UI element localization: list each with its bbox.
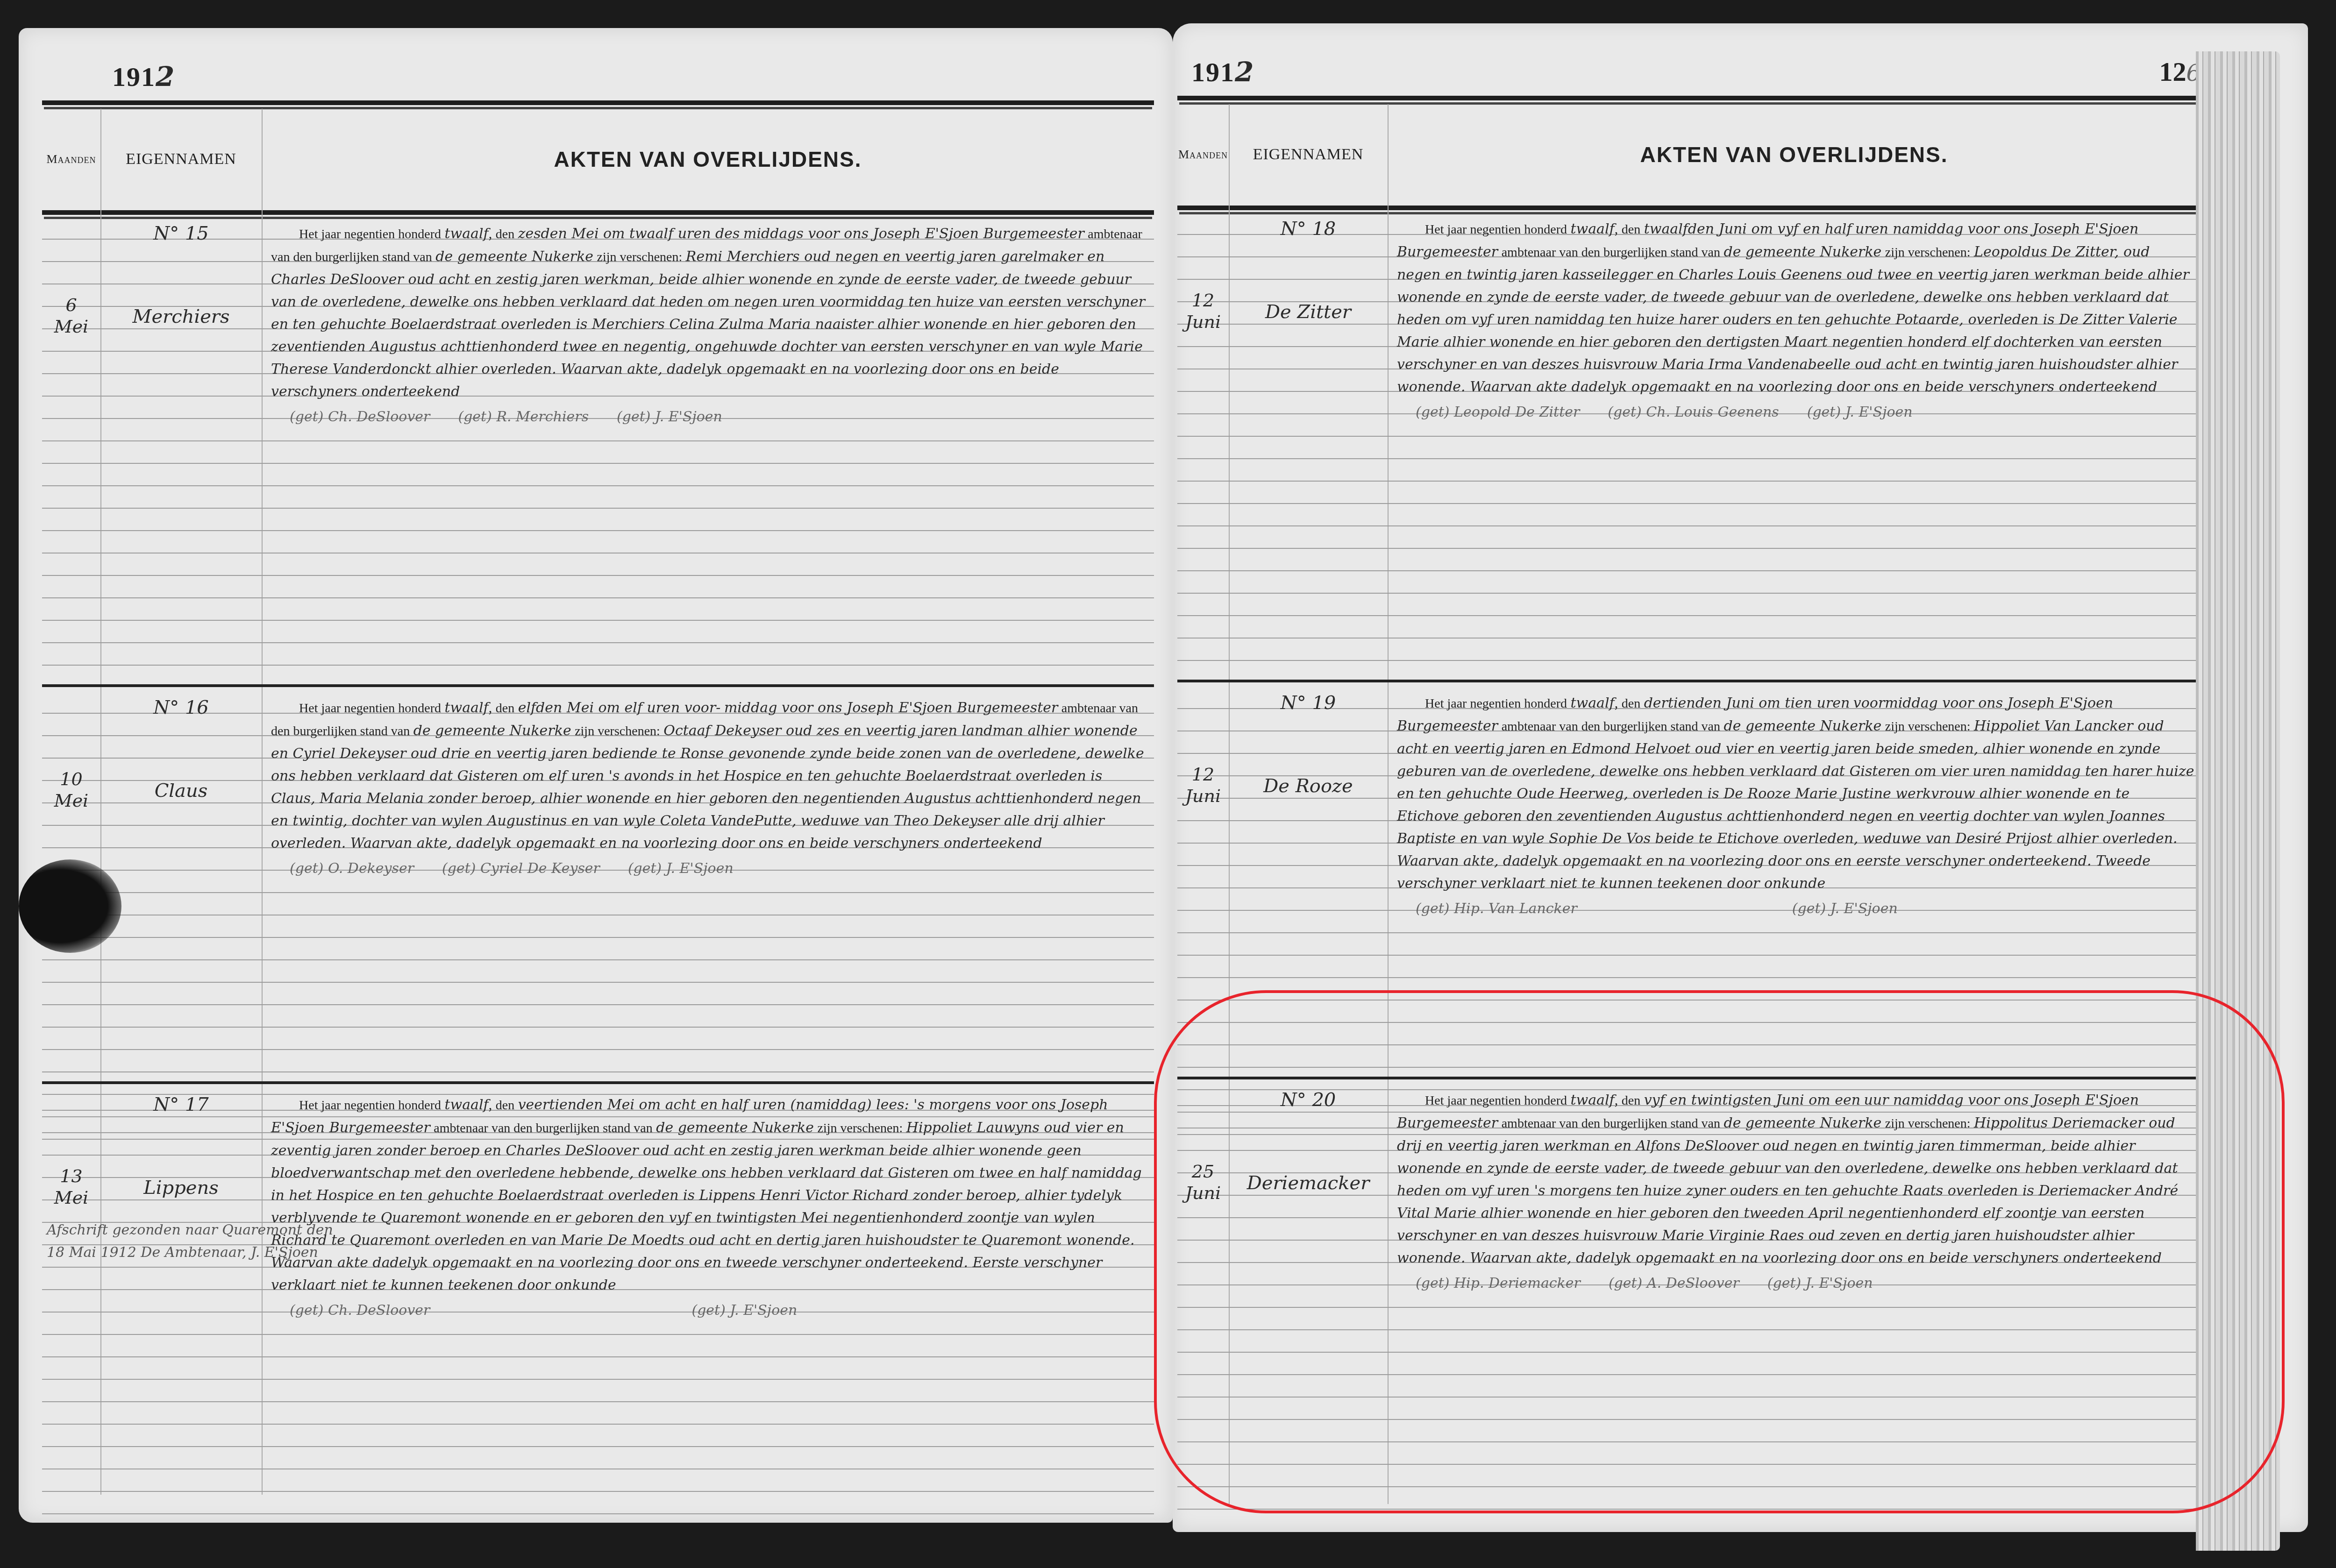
record-body: Remi Merchiers oud negen en veertig jare… (271, 248, 1145, 400)
record-body: Leopoldus De Zitter, oud negen en twinti… (1397, 244, 2189, 395)
year-printed: 191 (112, 62, 156, 92)
record-text: Het jaar negentien honderd twaalf, den z… (271, 223, 1149, 428)
column-header-names: EIGENNAMEN (100, 109, 262, 209)
year-heading-left: 1912 (112, 61, 175, 92)
signatures: (get) O. Dekeyser(get) Cyriel De Keyser(… (271, 858, 1149, 880)
surname: Merchiers (100, 306, 262, 327)
header-rule-bottom (42, 210, 1154, 216)
year-heading-right: 1912 (1191, 56, 1254, 88)
record-body: Hippoliet Van Lancker oud acht en veerti… (1397, 718, 2194, 892)
death-record-entry: 13Mei N° 17 Lippens Afschrift gezonden n… (42, 1088, 1154, 1532)
act-number: N° 19 (1229, 692, 1388, 714)
death-date: 12Juni (1177, 290, 1229, 333)
act-number: N° 15 (100, 223, 262, 244)
entry-divider (42, 684, 1154, 687)
signatures: (get) Hip. Van Lancker(get) J. E'Sjoen (1397, 898, 2196, 920)
act-number: N° 17 (100, 1094, 262, 1115)
header-rule-bottom (1177, 206, 2201, 212)
record-text-cell: Het jaar negentien honderd twaalf, den z… (262, 217, 1154, 684)
surname: Lippens (100, 1177, 262, 1199)
signatures: (get) Ch. DeSloover(get) J. E'Sjoen (271, 1299, 1149, 1322)
record-text: Het jaar negentien honderd twaalf, den e… (271, 697, 1149, 880)
header-rule (42, 100, 1154, 106)
death-record-entry: 6Mei N° 15 Merchiers Het jaar negentien … (42, 217, 1154, 684)
record-text: Het jaar negentien honderd twaalf, den d… (1397, 692, 2196, 920)
death-record-entry: 12Juni N° 18 De Zitter Het jaar negentie… (1177, 213, 2201, 680)
month-cell: 13Mei (42, 1088, 100, 1532)
name-cell: N° 18 De Zitter (1229, 213, 1388, 680)
column-header-row: Maanden EIGENNAMEN AKTEN VAN OVERLIJDENS… (42, 109, 1154, 209)
month-cell: 12Juni (1177, 213, 1229, 680)
red-highlight-annotation (1154, 990, 2285, 1513)
name-cell: N° 17 Lippens (100, 1088, 262, 1532)
column-header-months: Maanden (1177, 104, 1229, 205)
entry-divider (1177, 680, 2201, 682)
act-number: N° 16 (100, 697, 262, 718)
entry-divider (42, 1081, 1154, 1084)
death-date: 6Mei (42, 294, 100, 337)
column-header-names: EIGENNAMEN (1229, 104, 1388, 205)
column-header-row: Maanden EIGENNAMEN AKTEN VAN OVERLIJDENS… (1177, 104, 2201, 205)
record-text-cell: Het jaar negentien honderd twaalf, den v… (262, 1088, 1154, 1532)
surname: De Rooze (1229, 775, 1388, 797)
record-text-cell: Het jaar negentien honderd twaalf, den t… (1388, 213, 2201, 680)
register-title: AKTEN VAN OVERLIJDENS. (1388, 104, 2201, 205)
column-header-months: Maanden (42, 109, 100, 209)
surname: De Zitter (1229, 301, 1388, 323)
page-number: 126 (2159, 56, 2201, 87)
death-date: 13Mei (42, 1165, 100, 1208)
thumb-shadow (19, 859, 121, 953)
ledger-table-left: Maanden EIGENNAMEN AKTEN VAN OVERLIJDENS… (42, 100, 1154, 1495)
act-number: N° 18 (1229, 218, 1388, 240)
record-text: Het jaar negentien honderd twaalf, den t… (1397, 218, 2196, 424)
record-body: Octaaf Dekeyser oud zes en veertig jaren… (271, 723, 1144, 851)
record-text: Het jaar negentien honderd twaalf, den v… (271, 1094, 1149, 1322)
register-title: AKTEN VAN OVERLIJDENS. (262, 109, 1154, 209)
month-cell: 6Mei (42, 217, 100, 684)
signatures: (get) Leopold De Zitter(get) Ch. Louis G… (1397, 401, 2196, 424)
header-rule (1177, 96, 2201, 102)
name-cell: N° 15 Merchiers (100, 217, 262, 684)
signatures: (get) Ch. DeSloover(get) R. Merchiers(ge… (271, 406, 1149, 428)
year-handwritten: 2 (156, 61, 175, 92)
surname: Claus (100, 780, 262, 802)
left-page: 1912 Maanden EIGENNAMEN AKTEN VAN OVERLI… (19, 28, 1173, 1523)
death-date: 12Juni (1177, 764, 1229, 807)
death-date: 10Mei (42, 768, 100, 811)
record-body: Hippoliet Lauwyns oud vier en zeventig j… (271, 1120, 1142, 1293)
